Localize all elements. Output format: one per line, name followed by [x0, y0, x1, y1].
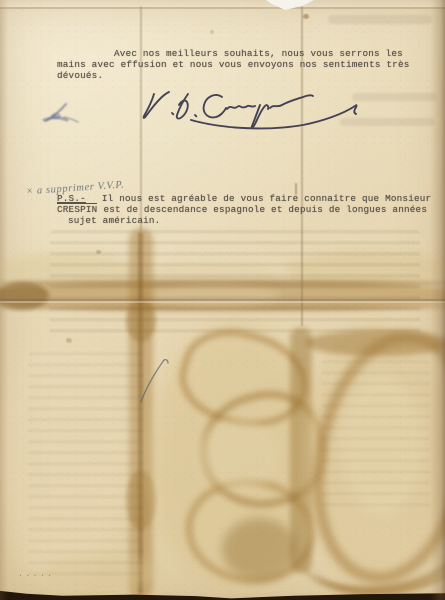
surname-crespin: CRESPIN [57, 203, 97, 215]
bleed-through-text [28, 352, 143, 577]
letter-paper: Avec nos meilleurs souhaits, nous vous s… [0, 0, 445, 600]
fold-line-horizontal [0, 299, 445, 301]
stain [0, 305, 445, 310]
closing-line-3: dévoués. [57, 70, 103, 81]
stain [150, 285, 280, 307]
stain-fold-streak [129, 228, 153, 598]
stain-ring [188, 378, 338, 521]
pencil-check-mark [128, 354, 176, 406]
closing-line-2: mains avec effusion et nous vous envoyon… [57, 59, 410, 70]
ink-smudge [26, 96, 90, 138]
stain [40, 555, 160, 590]
stain [126, 470, 156, 530]
postscript-line-2: CRESPINest de descendance espagnole et d… [57, 204, 427, 215]
paper-right-edge-shadow [430, 0, 445, 600]
speck [96, 250, 101, 254]
speck [210, 30, 214, 34]
stain [138, 232, 143, 594]
stain [340, 375, 425, 515]
stain-band [0, 281, 445, 311]
stain [285, 250, 445, 290]
speck [303, 14, 309, 19]
paper-left-edge-shadow [0, 0, 8, 600]
bleed-through-text [322, 360, 430, 510]
stain-ring [170, 317, 319, 441]
stain [0, 252, 140, 294]
stain [222, 518, 297, 580]
stain [305, 330, 445, 356]
stain-swoosh [293, 490, 445, 600]
stain-ring [180, 471, 321, 590]
postscript-line1-text: Il nous est agréable de vous faire conna… [102, 193, 431, 204]
bleed-through-text [328, 15, 432, 24]
fold-highlight [0, 0, 445, 7]
signature [98, 82, 368, 144]
stain-swoosh [312, 522, 445, 600]
postscript-line-1: P.S.-Il nous est agréable de vous faire … [57, 193, 431, 204]
stain [0, 325, 125, 585]
stain-ring [294, 319, 445, 596]
bleed-through-text [50, 230, 420, 338]
closing-line-1: Avec nos meilleurs souhaits, nous vous s… [114, 48, 403, 59]
footer-dot-marks: ····· [18, 572, 55, 580]
postscript-line2-text: est de descendance espagnole et depuis d… [103, 204, 427, 215]
postscript-line-3: sujet américain. [68, 215, 160, 226]
stain [195, 420, 280, 490]
photograph-of-letter: Avec nos meilleurs souhaits, nous vous s… [0, 0, 445, 600]
stain [126, 300, 156, 342]
fold-line-top [0, 7, 445, 9]
stain-wash [302, 322, 445, 590]
stain [0, 280, 445, 286]
stain-fold-streak [290, 328, 312, 573]
fold-highlight [0, 301, 445, 303]
stain [140, 262, 280, 292]
speck [66, 338, 72, 343]
